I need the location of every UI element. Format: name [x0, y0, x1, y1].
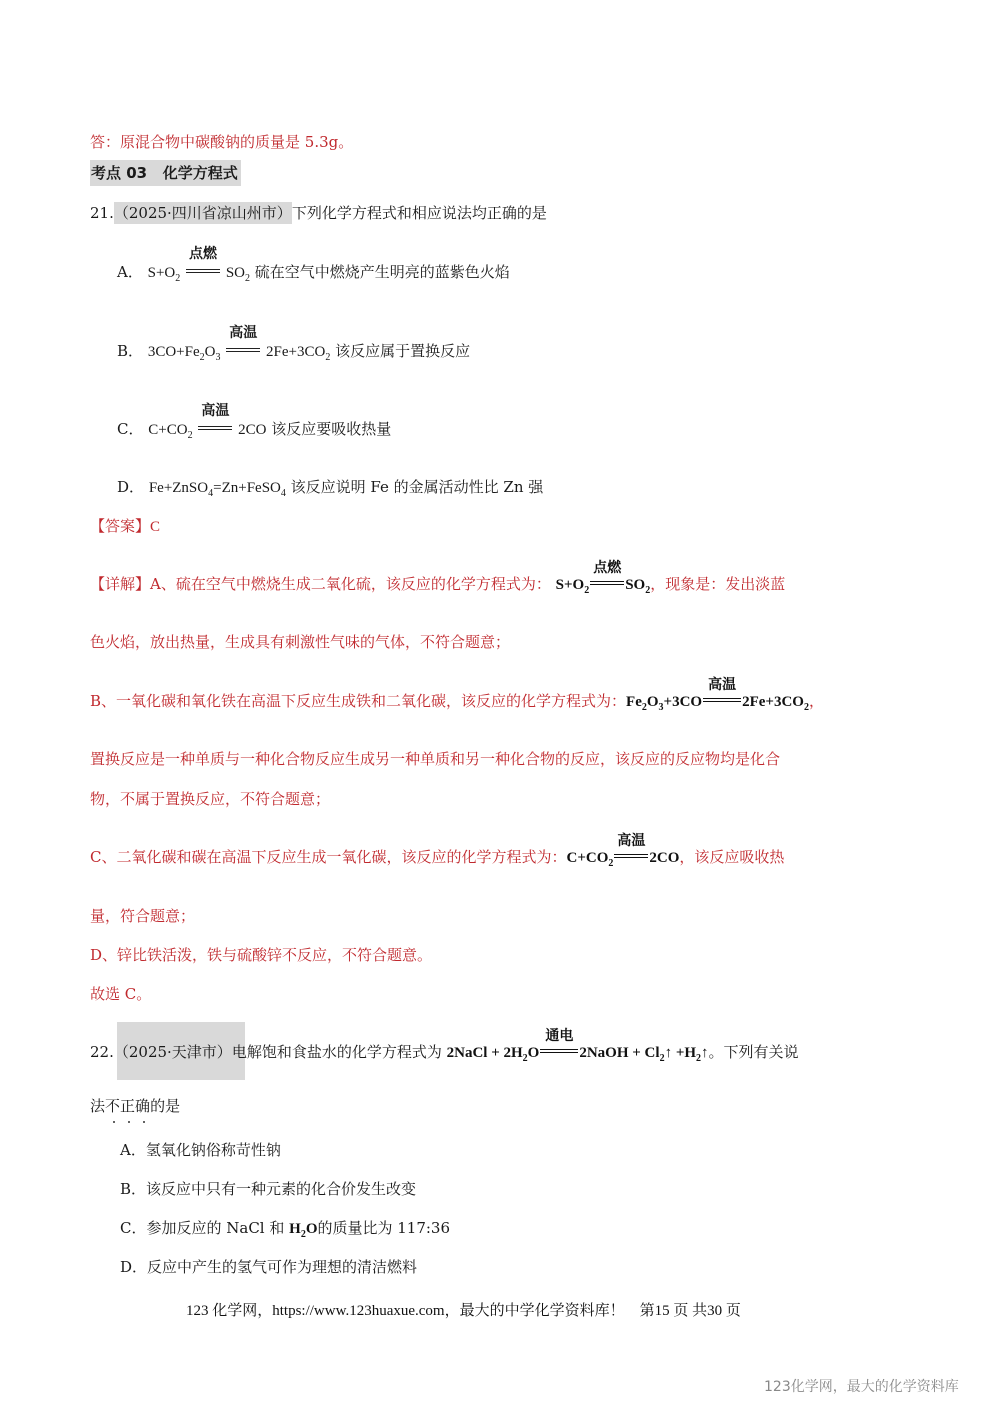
equation-arrow: 高温: [198, 420, 232, 438]
water-formula: H2O: [289, 1221, 317, 1237]
option-description: 该反应说明 Fe 的金属活动性比 Zn 强: [291, 478, 544, 496]
option-text: 参加反应的 NaCl 和: [146, 1219, 289, 1237]
option-letter: D．: [120, 1258, 147, 1276]
q21-option-a: A． S+O2 点燃 SO2 硫在空气中燃烧产生明亮的蓝紫色火焰: [117, 261, 510, 284]
option-text: 反应中产生的氢气可作为理想的清洁燃料: [147, 1258, 417, 1276]
detail-a-line2: 色火焰，放出热量，生成具有刺激性气味的气体，不符合题意；: [90, 631, 510, 652]
equation: 2NaCl + 2H2O通电2NaOH + Cl2↑ +H2↑: [447, 1045, 709, 1061]
option-text: 氢氧化钠俗称苛性钠: [146, 1141, 281, 1159]
answer-line: 答：原混合物中碳酸钠的质量是 5.3g。: [90, 131, 353, 152]
equation-arrow: 高温: [226, 342, 260, 360]
footer-text: 123 化学网，https://www.123huaxue.com，最大的中学化…: [186, 1303, 625, 1319]
q21-option-d: D． Fe+ZnSO4=Zn+FeSO4 该反应说明 Fe 的金属活动性比 Zn…: [117, 476, 543, 499]
answer-row: 【答案】C: [90, 515, 160, 536]
detail-conclusion: 故选 C。: [90, 983, 151, 1004]
question-number: 21.: [90, 204, 114, 222]
question-number: 22.: [90, 1043, 114, 1061]
option-text: 的质量比为 117:36: [317, 1219, 450, 1237]
section-title: 化学方程式: [163, 164, 238, 182]
detail-c-line2: 量，符合题意；: [90, 905, 195, 926]
equation-lhs: C+CO2: [148, 422, 192, 438]
q22-option-c: C．参加反应的 NaCl 和 H2O的质量比为 117:36: [120, 1217, 450, 1240]
option-letter: C．: [120, 1219, 146, 1237]
q22-option-a: A．氢氧化钠俗称苛性钠: [120, 1139, 281, 1160]
option-text: 该反应中只有一种元素的化合价发生改变: [146, 1180, 416, 1198]
equation: Fe2O3+3CO高温2Fe+3CO2: [626, 694, 809, 710]
equation-arrow: 点燃: [186, 263, 220, 281]
detail-text: ，该反应吸收热: [679, 848, 784, 866]
option-letter: D．: [117, 478, 144, 496]
question-stem: 下列化学方程式和相应说法均正确的是: [292, 204, 547, 222]
detail-a-line1: 【详解】A、硫在空气中燃烧生成二氧化硫，该反应的化学方程式为： S+O2点燃SO…: [90, 573, 785, 596]
answer-text: 原混合物中碳酸钠的质量是 5.3g。: [120, 133, 353, 151]
answer-value: C: [150, 519, 160, 535]
question-stem-pre: 电解饱和食盐水的化学方程式为: [232, 1043, 442, 1061]
emphasis-dot: 不: [105, 1097, 120, 1115]
equation: Fe+ZnSO4=Zn+FeSO4: [149, 480, 286, 496]
option-letter: A．: [120, 1141, 146, 1159]
section-heading: 考点 03 化学方程式: [90, 160, 241, 186]
question-22-stem-line2: 法不正确的是: [90, 1095, 180, 1116]
equation: S+O2点燃SO2: [556, 577, 651, 593]
q22-option-b: B．该反应中只有一种元素的化合价发生改变: [120, 1178, 416, 1199]
detail-b-line2: 置换反应是一种单质与一种化合物反应生成另一种单质和另一种化合物的反应，该反应的反…: [90, 748, 780, 769]
detail-c-line1: C、二氧化碳和碳在高温下反应生成一氧化碳，该反应的化学方程式为：C+CO2高温2…: [90, 846, 784, 869]
question-source: （2025·天津市）: [114, 1043, 232, 1061]
option-description: 硫在空气中燃烧产生明亮的蓝紫色火焰: [255, 263, 510, 281]
equation-rhs: 2CO: [238, 422, 266, 438]
equation-lhs: S+O2: [148, 265, 181, 281]
detail-text: B、一氧化碳和氧化铁在高温下反应生成铁和二氧化碳，该反应的化学方程式为：: [90, 692, 626, 710]
question-source: （2025·四川省凉山州市）: [114, 202, 292, 224]
q22-option-d: D．反应中产生的氢气可作为理想的清洁燃料: [120, 1256, 417, 1277]
page-footer: 123 化学网，https://www.123huaxue.com，最大的中学化…: [186, 1299, 741, 1320]
q21-option-b: B． 3CO+Fe2O3 高温 2Fe+3CO2 该反应属于置换反应: [117, 340, 470, 363]
emphasis-dot: 确: [135, 1097, 150, 1115]
emphasis-dot: 正: [120, 1097, 135, 1115]
answer-label: 【答案】: [90, 517, 150, 535]
option-description: 该反应属于置换反应: [335, 342, 470, 360]
q21-option-c: C． C+CO2 高温 2CO 该反应要吸收热量: [117, 418, 391, 441]
detail-b-line1: B、一氧化碳和氧化铁在高温下反应生成铁和二氧化碳，该反应的化学方程式为：Fe2O…: [90, 690, 824, 713]
section-label: 考点 03: [91, 164, 147, 182]
equation-lhs: 3CO+Fe2O3: [148, 344, 221, 360]
equation-rhs: SO2: [226, 265, 250, 281]
equation-rhs: 2Fe+3CO2: [266, 344, 330, 360]
option-letter: B．: [120, 1180, 146, 1198]
detail-text: ，: [809, 692, 824, 710]
watermark: 123化学网，最大的化学资料库: [764, 1376, 959, 1396]
question-22-stem: 22.（2025·天津市）电解饱和食盐水的化学方程式为 2NaCl + 2H2O…: [90, 1041, 799, 1064]
detail-b-line3: 物，不属于置换反应，不符合题意；: [90, 788, 330, 809]
equation: C+CO2高温2CO: [566, 850, 679, 866]
option-letter: C．: [117, 420, 143, 438]
detail-d-line: D、锌比铁活泼，铁与硫酸锌不反应，不符合题意。: [90, 944, 432, 965]
detail-text: A、硫在空气中燃烧生成二氧化硫，该反应的化学方程式为：: [150, 575, 551, 593]
question-21-stem: 21.（2025·四川省凉山州市）下列化学方程式和相应说法均正确的是: [90, 202, 547, 223]
detail-text: C、二氧化碳和碳在高温下反应生成一氧化碳，该反应的化学方程式为：: [90, 848, 566, 866]
option-letter: B．: [117, 342, 143, 360]
detail-label: 【详解】: [90, 575, 150, 593]
page-number: 第15 页 共30 页: [640, 1303, 741, 1319]
detail-text: ，现象是：发出淡蓝: [650, 575, 785, 593]
answer-prefix: 答：: [90, 133, 120, 151]
option-description: 该反应要吸收热量: [271, 420, 391, 438]
question-stem-post: 。下列有关说: [709, 1043, 799, 1061]
option-letter: A．: [117, 263, 143, 281]
